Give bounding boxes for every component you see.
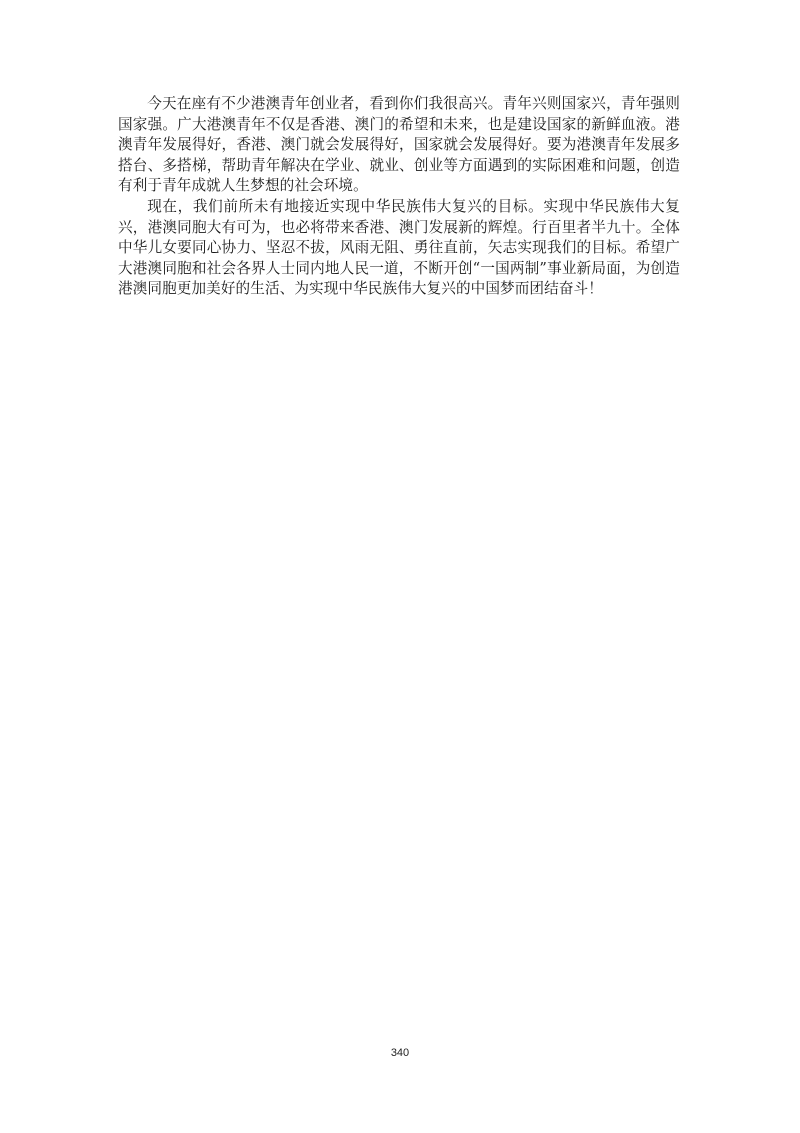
paragraph-2: 现在，我们前所未有地接近实现中华民族伟大复兴的目标。实现中华民族伟大复兴，港澳同… — [118, 197, 680, 300]
page-number: 340 — [0, 1047, 800, 1059]
document-page: 今天在座有不少港澳青年创业者，看到你们我很高兴。青年兴则国家兴，青年强则国家强。… — [0, 0, 800, 1133]
paragraph-1: 今天在座有不少港澳青年创业者，看到你们我很高兴。青年兴则国家兴，青年强则国家强。… — [118, 94, 680, 197]
body-text: 今天在座有不少港澳青年创业者，看到你们我很高兴。青年兴则国家兴，青年强则国家强。… — [118, 94, 680, 300]
